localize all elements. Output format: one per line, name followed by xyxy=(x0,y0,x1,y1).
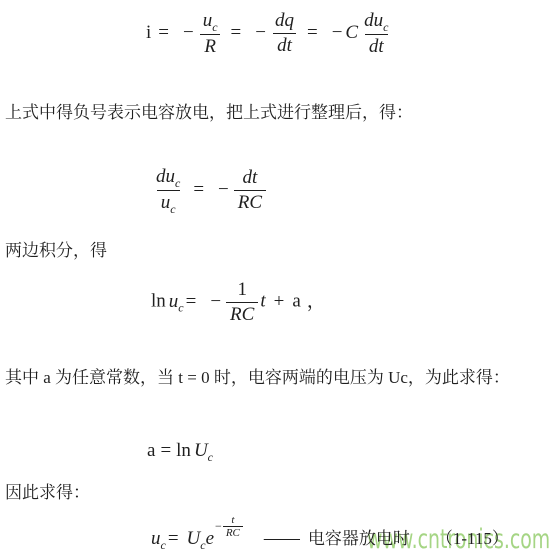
minus-sign: − xyxy=(215,519,222,534)
formula-current-equation: i=−ucR=−dqdt=−Cducdt xyxy=(146,10,394,58)
comma: ， xyxy=(307,291,326,312)
math-token: dt xyxy=(277,35,292,56)
document-page: www.cntronics.com i=−ucR=−dqdt=−Cducdt 上… xyxy=(0,0,555,559)
math-subscript: c xyxy=(175,176,180,190)
fraction-duc-over-dt: ducdt xyxy=(360,10,392,58)
equals-sign: = xyxy=(186,291,197,312)
math-subscript: c xyxy=(208,450,213,464)
minus-sign: − xyxy=(255,22,266,43)
minus-sign: − xyxy=(183,22,194,43)
math-token: e xyxy=(206,528,214,549)
math-token: RC xyxy=(238,192,262,213)
math-token: dt xyxy=(243,167,258,188)
math-token: 1 xyxy=(237,279,247,300)
math-token: a xyxy=(147,440,155,461)
plus-sign: + xyxy=(274,291,285,312)
math-token: t xyxy=(231,514,234,526)
math-token: a xyxy=(292,291,300,312)
math-token: C xyxy=(345,22,358,43)
fraction-duc-over-uc: ducuc xyxy=(152,166,184,215)
math-token: ln xyxy=(151,291,166,312)
equals-sign: = xyxy=(307,22,318,43)
formula-separated-variables: ducuc=−dtRC xyxy=(150,166,268,215)
math-subscript: c xyxy=(161,538,166,552)
math-token: u xyxy=(161,192,171,213)
fraction-t-over-RC: tRC xyxy=(223,514,243,539)
equals-sign: = xyxy=(231,22,242,43)
paragraph-therefore: 因此求得： xyxy=(5,481,90,505)
math-token: dt xyxy=(369,36,384,57)
math-token: dq xyxy=(275,10,294,31)
math-token: t xyxy=(260,291,265,312)
math-subscript: c xyxy=(212,20,217,34)
math-token: du xyxy=(364,10,383,31)
dash-separator: —— xyxy=(264,528,298,549)
math-subscript: c xyxy=(383,20,388,34)
math-token: u xyxy=(169,291,179,312)
math-token: RC xyxy=(230,304,254,325)
formula-discharge-result: uc=Uce−tRC——电容器放电时（1-115） xyxy=(151,524,509,553)
math-token: ln xyxy=(176,440,191,461)
math-token: i xyxy=(146,22,151,43)
equals-sign: = xyxy=(168,528,179,549)
fraction-1-over-RC: 1RC xyxy=(226,279,258,326)
math-token: U xyxy=(194,440,208,461)
math-token: RC xyxy=(226,527,240,539)
minus-sign: − xyxy=(218,179,229,200)
minus-sign: − xyxy=(332,22,343,43)
math-subscript: c xyxy=(178,301,183,315)
math-token: R xyxy=(204,36,216,57)
fraction-dq-over-dt: dqdt xyxy=(271,10,298,57)
math-token: du xyxy=(156,166,175,187)
math-token: u xyxy=(151,528,161,549)
formula-label: 电容器放电时 xyxy=(308,529,410,548)
math-token: u xyxy=(203,10,213,31)
paragraph-negative-sign-note: 上式中得负号表示电容放电，把上式进行整理后，得： xyxy=(5,101,413,125)
paragraph-constant-a-note: 其中 a 为任意常数，当 t = 0 时，电容两端的电压为 Uc，为此求得： xyxy=(5,366,510,390)
equation-number: （1-115） xyxy=(436,529,509,548)
equals-sign: = xyxy=(193,179,204,200)
formula-log-solution: lnuc=−1RCt+a， xyxy=(151,279,326,326)
minus-sign: − xyxy=(210,291,221,312)
paragraph-integrate-both-sides: 两边积分，得 xyxy=(5,239,107,263)
exponent: −tRC xyxy=(215,514,244,539)
fraction-uc-over-R: ucR xyxy=(199,10,222,58)
fraction-dt-over-RC: dtRC xyxy=(234,167,266,214)
math-token: U xyxy=(187,528,201,549)
formula-constant-a: a=lnUc xyxy=(147,440,213,463)
equals-sign: = xyxy=(158,22,169,43)
math-subscript: c xyxy=(170,202,175,216)
equals-sign: = xyxy=(160,440,171,461)
